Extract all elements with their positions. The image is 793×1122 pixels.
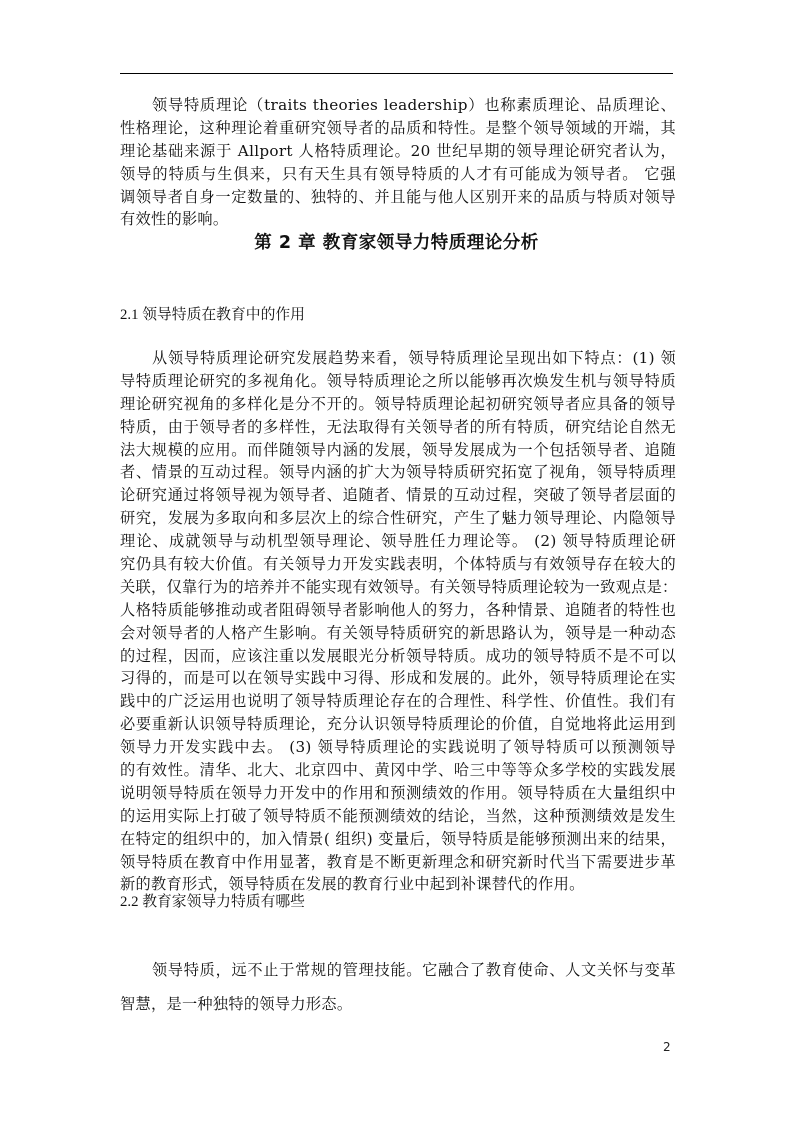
text-line: 的运用实际上打破了领导特质不能预测绩效的结论，当然，这种预测绩效是发生 <box>120 805 676 828</box>
text-line: 领导的特质与生俱来，只有天生具有领导特质的人才有可能成为领导者。 它强 <box>120 163 676 186</box>
text-line: 习得的，而是可以在领导实践中习得、形成和发展的。此外，领导特质理论在实 <box>120 667 676 690</box>
text-line: 研究，发展为多取向和多层次上的综合性研究，产生了魅力领导理论、内隐领导 <box>120 507 676 530</box>
text-line: 关联，仅靠行为的培养并不能实现有效领导。有关领导特质理论较为一致观点是： <box>120 576 676 599</box>
text-line: 性格理论，这种理论着重研究领导者的品质和特性。是整个领导领域的开端，其 <box>120 117 676 140</box>
text-line: 领导特质，远不止于常规的管理技能。它融合了教育使命、人文关怀与变革 <box>120 953 676 987</box>
text-line: 领导特质在教育中作用显著，教育是不断更新理念和研究新时代当下需要进步革 <box>120 851 676 874</box>
text-line: 从领导特质理论研究发展趋势来看，领导特质理论呈现出如下特点：(1) 领 <box>120 347 676 370</box>
intro-paragraph: 领导特质理论（traits theories leadership）也称素质理论… <box>120 94 676 231</box>
text-line: 的有效性。清华、北大、北京四中、黄冈中学、哈三中等等众多学校的实践发展 <box>120 759 676 782</box>
text-line: 理论、成就领导与动机型领导理论、领导胜任力理论等。 (2) 领导特质理论研 <box>120 530 676 553</box>
section-heading-2-1: 2.1 领导特质在教育中的作用 <box>120 303 305 324</box>
text-line: 领导特质理论（traits theories leadership）也称素质理论… <box>120 94 676 117</box>
text-line: 有效性的影响。 <box>120 208 676 231</box>
text-line: 者、情景的互动过程。领导内涵的扩大为领导特质研究拓宽了视角，领导特质理 <box>120 461 676 484</box>
text-line: 必要重新认识领导特质理论，充分认识领导特质理论的价值，自觉地将此运用到 <box>120 713 676 736</box>
text-line: 领导力开发实践中去。 (3) 领导特质理论的实践说明了领导特质可以预测领导 <box>120 736 676 759</box>
chapter-title: 第 2 章 教育家领导力特质理论分析 <box>0 229 793 254</box>
text-line: 践中的广泛运用也说明了领导特质理论存在的合理性、科学性、价值性。我们有 <box>120 690 676 713</box>
text-line: 说明领导特质在领导力开发中的作用和预测绩效的作用。领导特质在大量组织中 <box>120 782 676 805</box>
section-heading-2-2: 2.2 教育家领导力特质有哪些 <box>120 890 305 911</box>
text-line: 理论基础来源于 Allport 人格特质理论。20 世纪早期的领导理论研究者认为… <box>120 140 676 163</box>
text-line: 论研究通过将领导视为领导者、追随者、情景的互动过程，突破了领导者层面的 <box>120 484 676 507</box>
text-line: 人格特质能够推动或者阻碍领导者影响他人的努力，各种情景、追随者的特性也 <box>120 599 676 622</box>
text-line: 在特定的组织中的，加入情景( 组织) 变量后，领导特质是能够预测出来的结果， <box>120 828 676 851</box>
page-number: 2 <box>663 1040 671 1054</box>
text-line: 理论研究视角的多样化是分不开的。领导特质理论起初研究领导者应具备的领导 <box>120 393 676 416</box>
text-line: 的过程，因而，应该注重以发展眼光分析领导特质。成功的领导特质不是不可以 <box>120 645 676 668</box>
text-line: 导特质理论研究的多视角化。领导特质理论之所以能够再次焕发生机与领导特质 <box>120 370 676 393</box>
text-line: 究仍具有较大价值。有关领导力开发实践表明，个体特质与有效领导存在较大的 <box>120 553 676 576</box>
header-rule <box>120 73 673 74</box>
section-2-1-paragraph: 从领导特质理论研究发展趋势来看，领导特质理论呈现出如下特点：(1) 领 导特质理… <box>120 347 676 896</box>
text-line: 智慧，是一种独特的领导力形态。 <box>120 987 676 1021</box>
text-line: 法大规模的应用。而伴随领导内涵的发展，领导发展成为一个包括领导者、追随 <box>120 439 676 462</box>
section-2-2-paragraph: 领导特质，远不止于常规的管理技能。它融合了教育使命、人文关怀与变革 智慧，是一种… <box>120 953 676 1021</box>
text-line: 会对领导者的人格产生影响。有关领导特质研究的新思路认为，领导是一种动态 <box>120 622 676 645</box>
text-line: 特质，由于领导者的多样性，无法取得有关领导者的所有特质，研究结论自然无 <box>120 416 676 439</box>
text-line: 调领导者自身一定数量的、独特的、并且能与他人区别开来的品质与特质对领导 <box>120 186 676 209</box>
